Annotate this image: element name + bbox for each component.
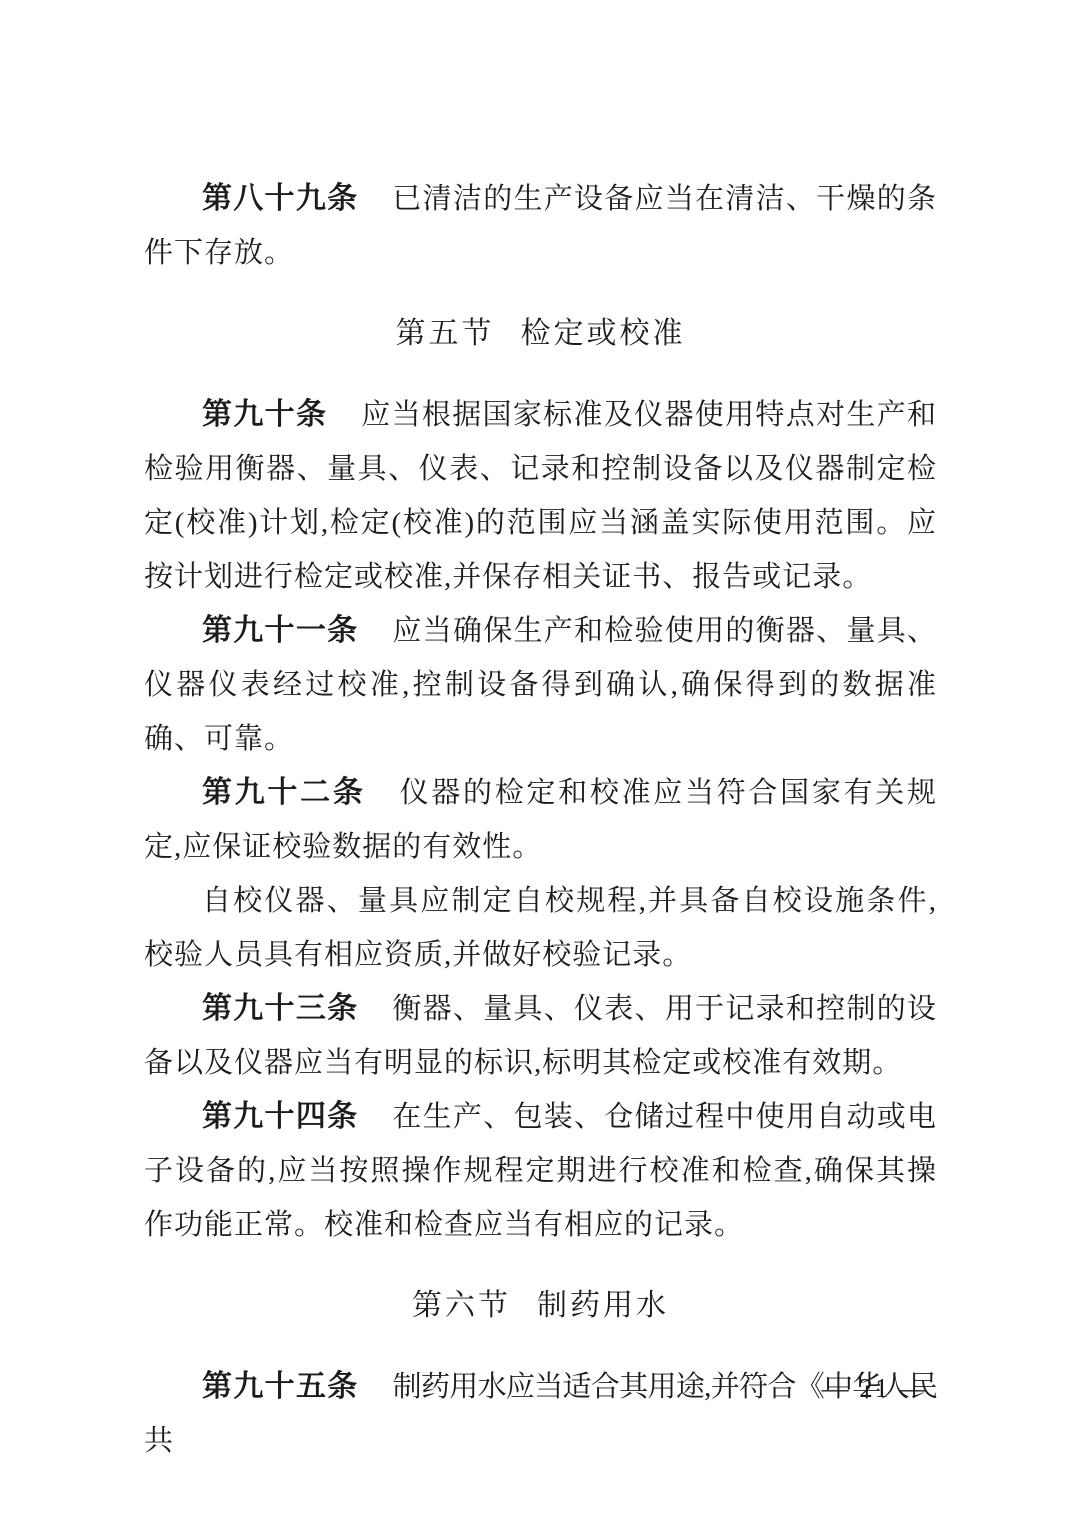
article-92: 第九十二条仪器的检定和校准应当符合国家有关规定,应保证校验数据的有效性。 [144,766,937,874]
article-90: 第九十条应当根据国家标准及仪器使用特点对生产和检验用衡器、量具、仪表、记录和控制… [144,388,937,604]
article-89: 第八十九条已清洁的生产设备应当在清洁、干燥的条件下存放。 [144,172,937,280]
section-6-heading: 第六节制药用水 [144,1279,937,1333]
article-90-label: 第九十条 [202,398,327,431]
section-5-title: 检定或校准 [521,317,686,350]
article-94: 第九十四条在生产、包装、仓储过程中使用自动或电子设备的,应当按照操作规程定期进行… [144,1090,937,1252]
article-95-label: 第九十五条 [202,1370,359,1403]
section-5-label: 第五节 [396,317,495,350]
article-94-label: 第九十四条 [202,1100,358,1133]
article-92-label: 第九十二条 [202,776,366,809]
section-6-title: 制药用水 [537,1289,669,1322]
article-92-paragraph-2: 自校仪器、量具应制定自校规程,并具备自校设施条件,校验人员具有相应资质,并做好校… [144,874,937,982]
article-89-label: 第八十九条 [202,182,358,215]
page-content: 第八十九条已清洁的生产设备应当在清洁、干燥的条件下存放。 第五节检定或校准 第九… [144,172,937,1468]
section-6-label: 第六节 [412,1289,511,1322]
section-5-heading: 第五节检定或校准 [144,307,937,361]
document-page: 第八十九条已清洁的生产设备应当在清洁、干燥的条件下存放。 第五节检定或校准 第九… [0,0,1080,1527]
article-91-label: 第九十一条 [202,614,358,647]
article-93-label: 第九十三条 [202,992,358,1025]
article-92-paragraph-2-text: 自校仪器、量具应制定自校规程,并具备自校设施条件,校验人员具有相应资质,并做好校… [144,885,937,971]
page-number: — 21 — [822,1372,929,1404]
article-91: 第九十一条应当确保生产和检验使用的衡器、量具、仪器仪表经过校准,控制设备得到确认… [144,604,937,766]
article-93: 第九十三条衡器、量具、仪表、用于记录和控制的设备以及仪器应当有明显的标识,标明其… [144,982,937,1090]
article-95: 第九十五条制药用水应当适合其用途,并符合《中华人民共 [144,1360,937,1468]
